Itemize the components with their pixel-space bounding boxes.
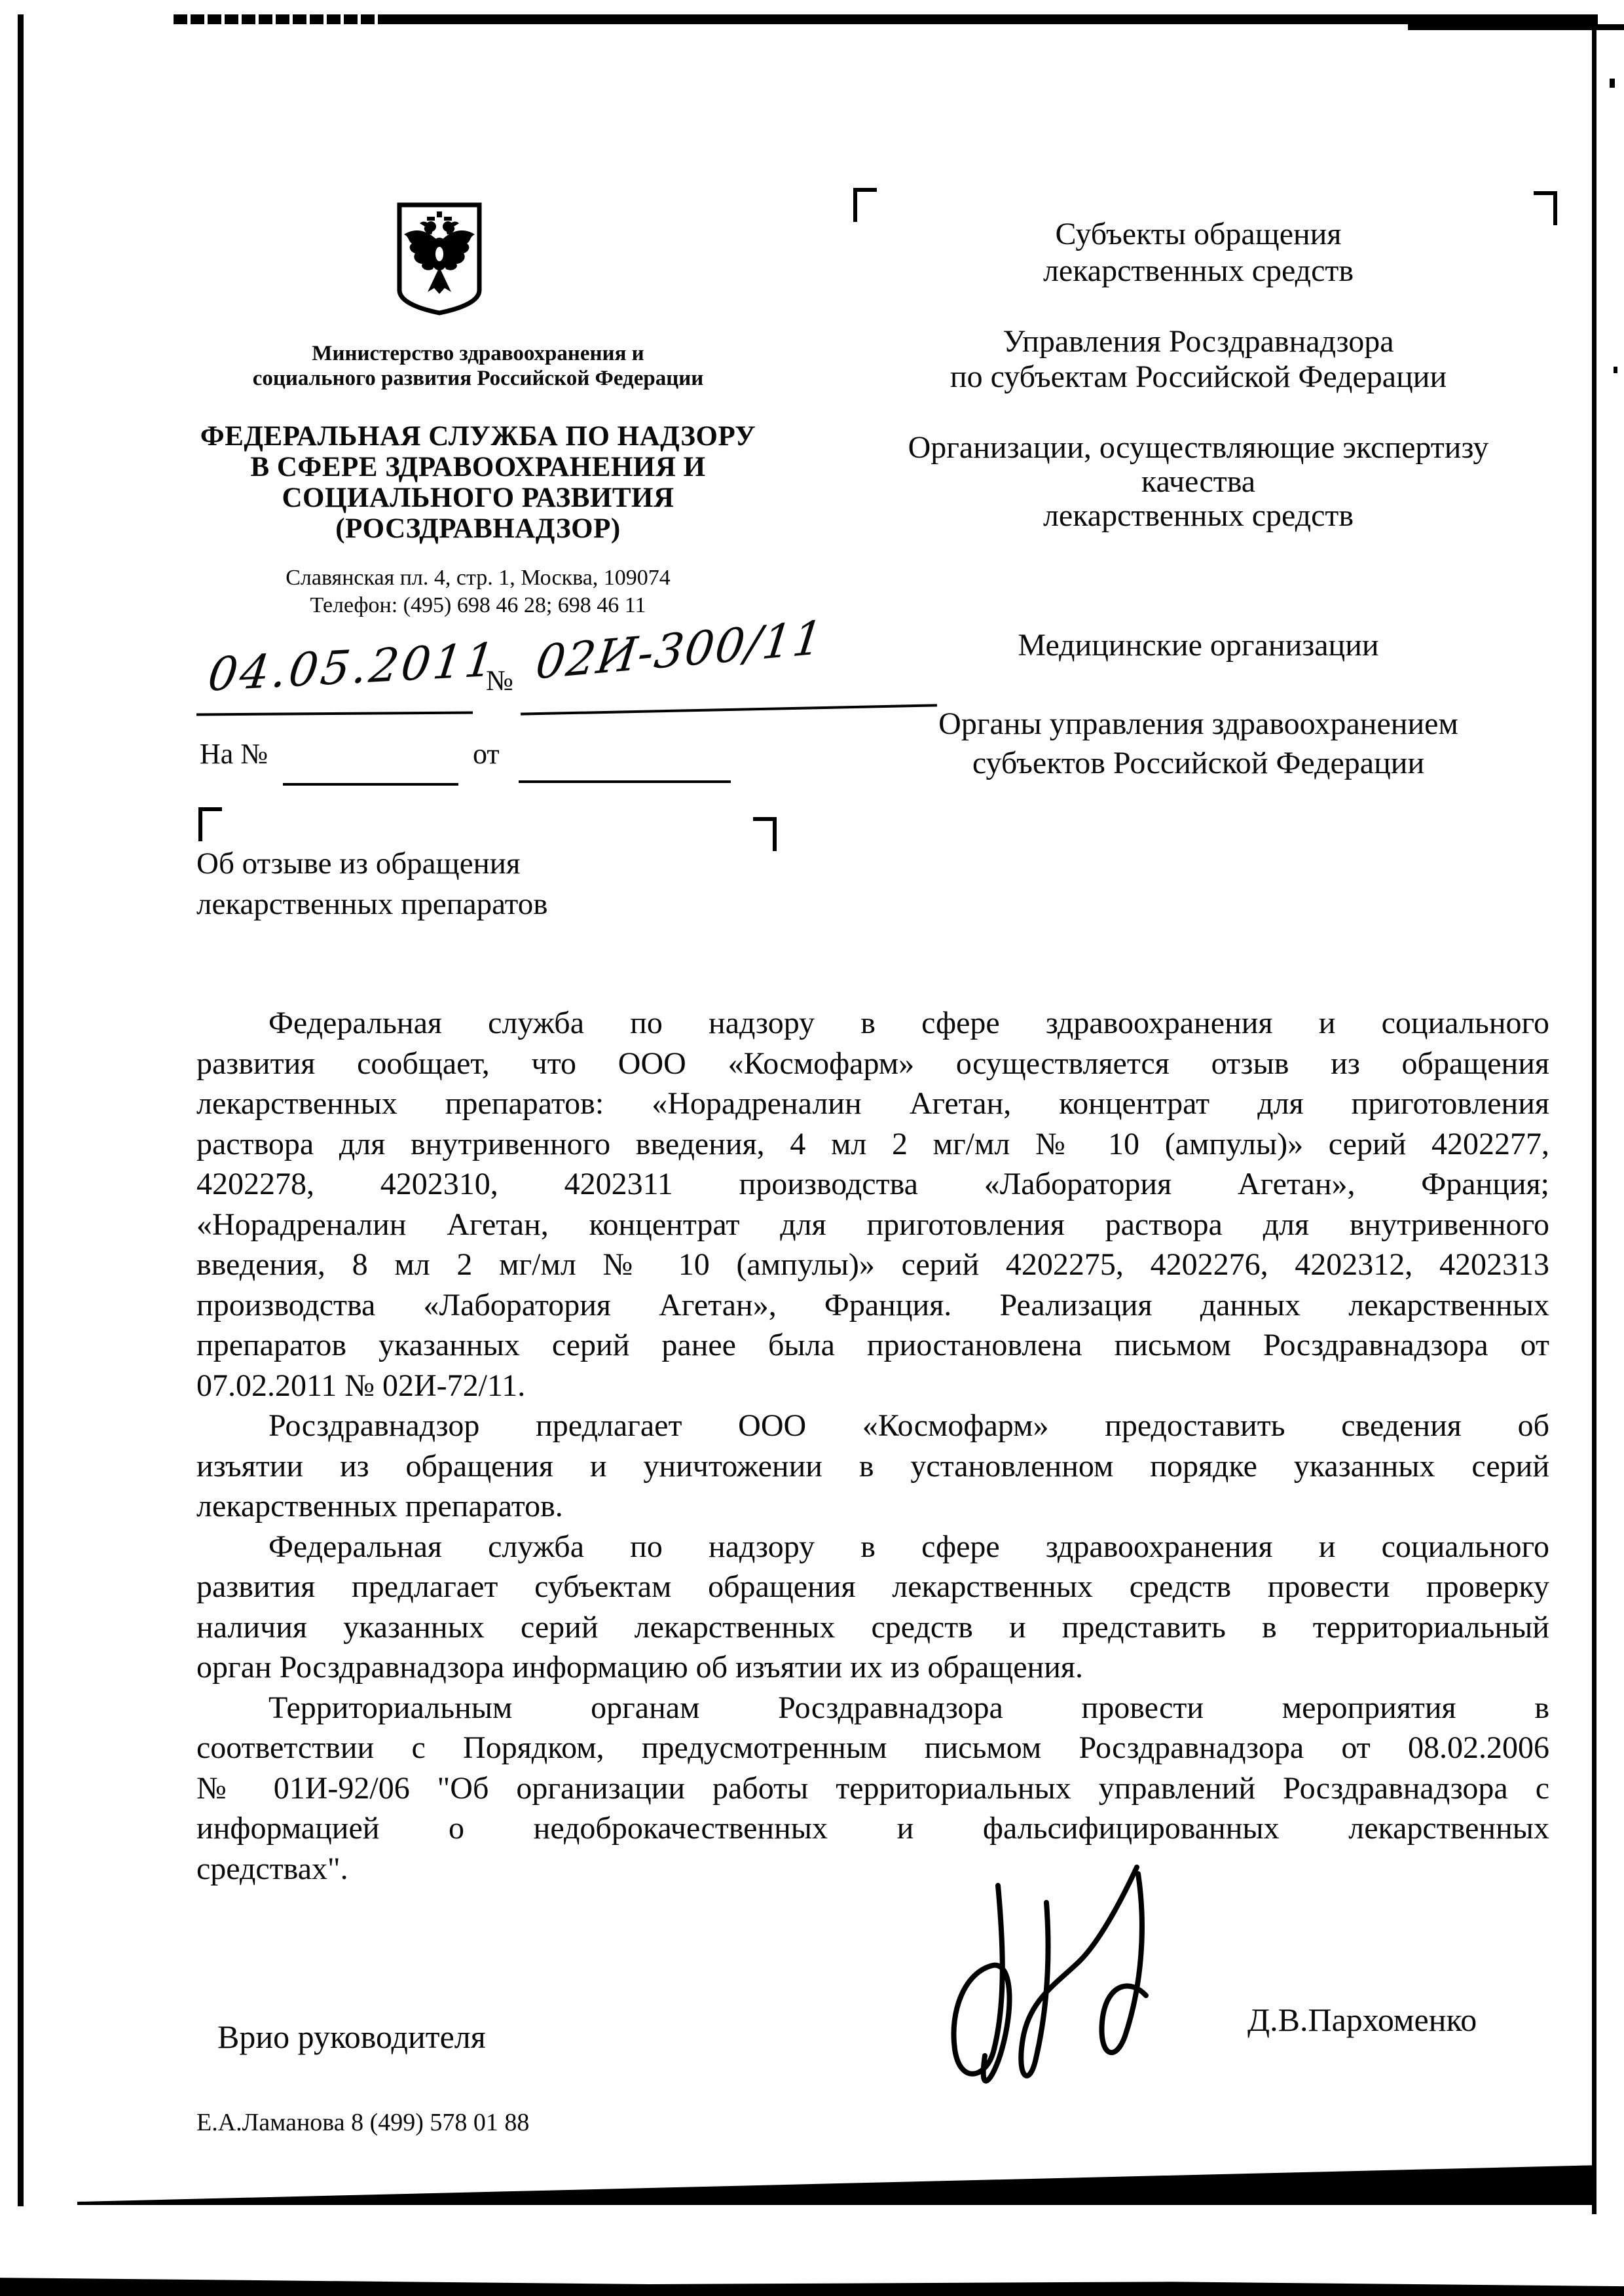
body-line: Росздравнадзор предлагает ООО «Космофарм… xyxy=(196,1406,1549,1446)
body-line: № 01И-92/06 "Об организации работы терри… xyxy=(196,1768,1549,1809)
body-line: Территориальным органам Росздравнадзора … xyxy=(196,1688,1549,1728)
letter-body: Федеральная служба по надзору в сфере зд… xyxy=(196,1003,1549,1889)
scan-artifact-speck xyxy=(1614,367,1617,373)
scan-artifact-bottom-wedge xyxy=(77,2164,1595,2205)
number-sign-label: № xyxy=(486,664,513,697)
recipient-line: лекарственных средств xyxy=(851,253,1545,289)
reply-number-underline xyxy=(283,783,458,786)
recipient-line: лекарственных средств xyxy=(851,498,1545,534)
recipient-line: субъектов Российской Федерации xyxy=(851,745,1545,781)
body-line: «Норадреналин Агетан, концентрат для при… xyxy=(196,1205,1549,1245)
body-line: препаратов указанных серий ранее была пр… xyxy=(196,1325,1549,1366)
phone-line: Телефон: (495) 698 46 28; 698 46 11 xyxy=(190,593,766,618)
reply-to-number-label: На № xyxy=(200,737,268,771)
ministry-name-line1: Министерство здравоохранения и xyxy=(190,341,766,366)
body-line: орган Росздравнадзора информацию об изъя… xyxy=(196,1647,1549,1688)
recipients-block: Субъекты обращения лекарственных средств… xyxy=(851,0,1545,825)
service-name-line1: ФЕДЕРАЛЬНАЯ СЛУЖБА ПО НАДЗОРУ xyxy=(190,421,766,452)
scan-artifact-speck xyxy=(1610,79,1615,88)
body-line: наличия указанных серий лекарственных ср… xyxy=(196,1607,1549,1648)
scan-artifact-left-line xyxy=(18,14,24,2206)
body-line: соответствии с Порядком, предусмотренным… xyxy=(196,1728,1549,1768)
executor-contact: Е.А.Ламанова 8 (499) 578 01 88 xyxy=(196,2108,529,2137)
date-underline xyxy=(196,712,473,716)
scanned-letter: { "letterhead": { "ministry_line1": "Мин… xyxy=(0,0,1624,2296)
ministry-name-line2: социального развития Российской Федераци… xyxy=(190,366,766,391)
body-line: развития сообщает, что ООО «Космофарм» о… xyxy=(196,1044,1549,1084)
recipient-line: Субъекты обращения xyxy=(851,216,1545,252)
subject-line1: Об отзыве из обращения xyxy=(196,843,786,884)
body-line: производства «Лаборатория Агетан», Франц… xyxy=(196,1285,1549,1326)
corner-mark-subject-left xyxy=(198,807,222,841)
recipient-line: Органы управления здравоохранением xyxy=(851,706,1545,742)
body-line: Федеральная служба по надзору в сфере зд… xyxy=(196,1527,1549,1567)
body-line: введения, 8 мл 2 мг/мл № 10 (ампулы)» се… xyxy=(196,1245,1549,1285)
body-line: изъятии из обращения и уничтожении в уст… xyxy=(196,1446,1549,1487)
body-line: лекарственных препаратов. xyxy=(196,1486,1549,1527)
body-line: средствах". xyxy=(196,1849,1549,1889)
body-line: развития предлагает субъектам обращения … xyxy=(196,1567,1549,1607)
reply-date-underline xyxy=(519,780,731,783)
reply-to-date-label: от xyxy=(473,737,500,771)
postal-address: Славянская пл. 4, стр. 1, Москва, 109074 xyxy=(190,566,766,591)
body-line: информацией о недоброкачественных и фаль… xyxy=(196,1808,1549,1849)
scan-artifact-right-line xyxy=(1592,27,1596,2214)
recipient-line: Управления Росздравнадзора xyxy=(851,323,1545,359)
service-name-line4: (РОСЗДРАВНАДЗОР) xyxy=(190,513,766,544)
letterhead: Министерство здравоохранения и социально… xyxy=(190,0,766,655)
body-line: Федеральная служба по надзору в сфере зд… xyxy=(196,1003,1549,1044)
subject-line2: лекарственных препаратов xyxy=(196,884,786,924)
service-name-line3: СОЦИАЛЬНОГО РАЗВИТИЯ xyxy=(190,483,766,513)
recipient-line: Медицинские организации xyxy=(851,627,1545,663)
body-line: 4202278, 4202310, 4202311 производства «… xyxy=(196,1164,1549,1205)
signature-icon xyxy=(930,1845,1179,2120)
recipient-line: Организации, осуществляющие экспертизу xyxy=(851,429,1545,465)
signer-position: Врио руководителя xyxy=(217,2018,486,2056)
scan-artifact-bottom-band xyxy=(0,2276,1624,2296)
body-line: раствора для внутривенного введения, 4 м… xyxy=(196,1124,1549,1165)
recipient-line: качества xyxy=(851,464,1545,500)
body-line: лекарственных препаратов: «Норадреналин … xyxy=(196,1084,1549,1124)
signer-name: Д.В.Пархоменко xyxy=(1247,2001,1477,2039)
recipient-line: по субъектам Российской Федерации xyxy=(851,359,1545,395)
service-name-line2: В СФЕРЕ ЗДРАВООХРАНЕНИЯ И xyxy=(190,452,766,483)
body-line: 07.02.2011 № 02И-72/11. xyxy=(196,1366,1549,1406)
